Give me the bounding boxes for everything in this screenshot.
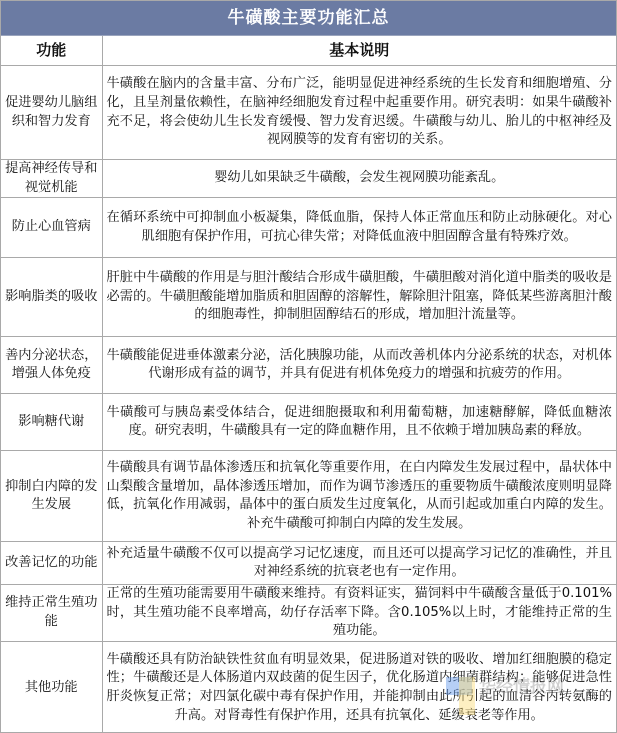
table-row: 促进婴幼儿脑组织和智力发育 牛磺酸在脑内的含量丰富、分布广泛，能明显促进神经系统… bbox=[1, 66, 616, 160]
description-cell: 补充适量牛磺酸不仅可以提高学习记忆速度，而且还可以提高学习记忆的准确性，并且对神… bbox=[102, 542, 616, 585]
description-cell: 牛磺酸可与胰岛素受体结合，促进细胞摄取和利用葡萄糖，加速糖酵解，降低血糖浓度。研… bbox=[102, 394, 616, 451]
description-cell: 在循环系统中可抑制血小板凝集，降低血脂，保持人体正常血压和防止动脉硬化。对心肌细… bbox=[102, 198, 616, 258]
function-cell: 促进婴幼儿脑组织和智力发育 bbox=[1, 66, 102, 160]
table-row: 其他功能 牛磺酸还具有防治缺铁性贫血有明显效果，促进肠道对铁的吸收、增加红细胞膜… bbox=[1, 641, 616, 733]
table-row: 抑制白内障的发生发展 牛磺酸具有调节晶体渗透压和抗氧化等重要作用，在白内障发生发… bbox=[1, 451, 616, 542]
description-cell: 牛磺酸还具有防治缺铁性贫血有明显效果，促进肠道对铁的吸收、增加红细胞膜的稳定性；… bbox=[102, 641, 616, 733]
table-row: 影响脂类的吸收 肝脏中牛磺酸的作用是与胆汁酸结合形成牛磺胆酸，牛磺胆酸对消化道中… bbox=[1, 258, 616, 337]
function-cell: 改善记忆的功能 bbox=[1, 542, 102, 585]
function-summary-table: 功能 基本说明 促进婴幼儿脑组织和智力发育 牛磺酸在脑内的含量丰富、分布广泛，能… bbox=[1, 36, 616, 733]
function-cell: 抑制白内障的发生发展 bbox=[1, 451, 102, 542]
description-cell: 牛磺酸具有调节晶体渗透压和抗氧化等重要作用，在白内障发生发展过程中，晶状体中山梨… bbox=[102, 451, 616, 542]
table-row: 改善记忆的功能 补充适量牛磺酸不仅可以提高学习记忆速度，而且还可以提高学习记忆的… bbox=[1, 542, 616, 585]
table-row: 维持正常生殖功能 正常的生殖功能需要用牛磺酸来维持。有资料证实，猫饲料中牛磺酸含… bbox=[1, 585, 616, 642]
table-row: 影响糖代谢 牛磺酸可与胰岛素受体结合，促进细胞摄取和利用葡萄糖，加速糖酵解，降低… bbox=[1, 394, 616, 451]
function-cell: 其他功能 bbox=[1, 641, 102, 733]
table-row: 提高神经传导和视觉机能 婴幼儿如果缺乏牛磺酸，会发生视网膜功能紊乱。 bbox=[1, 160, 616, 198]
function-summary-table-container: 牛磺酸主要功能汇总 功能 基本说明 促进婴幼儿脑组织和智力发育 牛磺酸在脑内的含… bbox=[0, 0, 617, 733]
function-cell: 提高神经传导和视觉机能 bbox=[1, 160, 102, 198]
function-cell: 影响糖代谢 bbox=[1, 394, 102, 451]
table-row: 善内分泌状态，增强人体免疫 牛磺酸能促进垂体激素分泌，活化胰腺功能，从而改善机体… bbox=[1, 337, 616, 394]
function-cell: 维持正常生殖功能 bbox=[1, 585, 102, 642]
description-cell: 正常的生殖功能需要用牛磺酸来维持。有资料证实，猫饲料中牛磺酸含量低于0.101%… bbox=[102, 585, 616, 642]
description-cell: 肝脏中牛磺酸的作用是与胆汁酸结合形成牛磺胆酸，牛磺胆酸对消化道中脂类的吸收是必需… bbox=[102, 258, 616, 337]
table-body: 促进婴幼儿脑组织和智力发育 牛磺酸在脑内的含量丰富、分布广泛，能明显促进神经系统… bbox=[1, 66, 616, 733]
description-cell: 牛磺酸在脑内的含量丰富、分布广泛，能明显促进神经系统的生长发育和细胞增殖、分化，… bbox=[102, 66, 616, 160]
description-cell: 婴幼儿如果缺乏牛磺酸，会发生视网膜功能紊乱。 bbox=[102, 160, 616, 198]
header-row: 功能 基本说明 bbox=[1, 36, 616, 66]
header-description: 基本说明 bbox=[102, 36, 616, 66]
function-cell: 影响脂类的吸收 bbox=[1, 258, 102, 337]
header-function: 功能 bbox=[1, 36, 102, 66]
table-row: 防止心血管病 在循环系统中可抑制血小板凝集，降低血脂，保持人体正常血压和防止动脉… bbox=[1, 198, 616, 258]
table-title: 牛磺酸主要功能汇总 bbox=[1, 1, 616, 36]
description-cell: 牛磺酸能促进垂体激素分泌，活化胰腺功能，从而改善机体内分泌系统的状态，对机体代谢… bbox=[102, 337, 616, 394]
function-cell: 防止心血管病 bbox=[1, 198, 102, 258]
function-cell: 善内分泌状态，增强人体免疫 bbox=[1, 337, 102, 394]
